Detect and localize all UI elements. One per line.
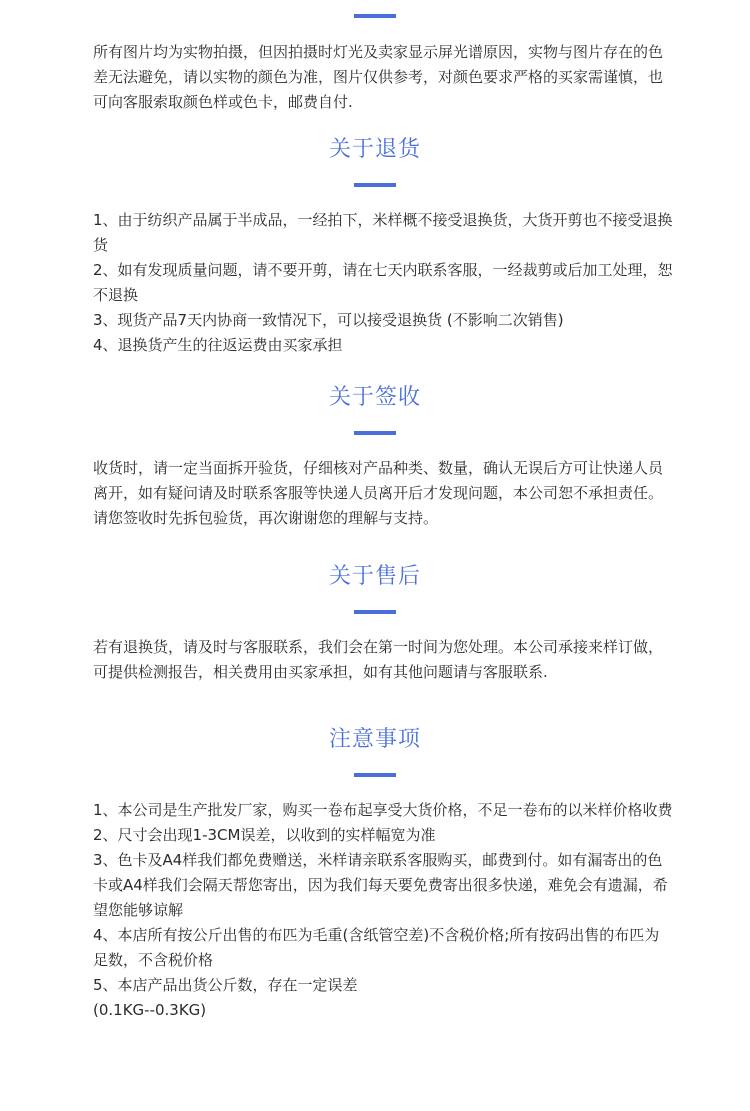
returns-list: 1、由于纺织产品属于半成品，一经拍下，米样概不接受退换货，大货开剪也不接受退换货… [93,208,673,358]
list-item: 4、本店所有按公斤出售的布匹为毛重(含纸管空差)不含税价格;所有按码出售的布匹为… [93,923,673,973]
intro-paragraph: 所有图片均为实物拍摄，但因拍摄时灯光及卖家显示屏光谱原因，实物与图片存在的色差无… [93,40,673,115]
list-item: 4、退换货产生的往返运费由买家承担 [93,333,673,358]
receipt-text: 收货时，请一定当面拆开验货，仔细核对产品种类、数量，确认无误后方可让快递人员离开… [93,456,673,531]
after-sales-text: 若有退换货，请及时与客服联系，我们会在第一时间为您处理。本公司承接来样订做，可提… [93,635,673,685]
list-item: 2、尺寸会出现1-3CM误差，以收到的实样幅宽为准 [93,823,673,848]
divider-bar-after-sales [354,610,396,614]
divider-bar-returns [354,183,396,187]
divider-bar-notes [354,773,396,777]
list-item: 3、现货产品7天内协商一致情况下，可以接受退换货 (不影响二次销售) [93,308,673,333]
after-sales-paragraph: 若有退换货，请及时与客服联系，我们会在第一时间为您处理。本公司承接来样订做，可提… [93,635,673,685]
section-title-after-sales: 关于售后 [0,563,750,591]
list-item: 1、由于纺织产品属于半成品，一经拍下，米样概不接受退换货，大货开剪也不接受退换货 [93,208,673,258]
list-item: 5、本店产品出货公斤数，存在一定误差 [93,973,673,998]
list-item: 1、本公司是生产批发厂家，购买一卷布起享受大货价格，不足一卷布的以米样价格收费 [93,798,673,823]
receipt-paragraph: 收货时，请一定当面拆开验货，仔细核对产品种类、数量，确认无误后方可让快递人员离开… [93,456,673,531]
list-item: 3、色卡及A4样我们都免费赠送，米样请亲联系客服购买，邮费到付。如有漏寄出的色卡… [93,848,673,923]
section-title-receipt: 关于签收 [0,384,750,412]
section-title-notes: 注意事项 [0,726,750,754]
divider-bar-top [354,14,396,18]
list-item: (0.1KG--0.3KG) [93,998,673,1023]
section-title-returns: 关于退货 [0,136,750,164]
divider-bar-receipt [354,431,396,435]
list-item: 2、如有发现质量问题，请不要开剪，请在七天内联系客服，一经裁剪或后加工处理，恕不… [93,258,673,308]
intro-text: 所有图片均为实物拍摄，但因拍摄时灯光及卖家显示屏光谱原因，实物与图片存在的色差无… [93,40,673,115]
notes-list: 1、本公司是生产批发厂家，购买一卷布起享受大货价格，不足一卷布的以米样价格收费 … [93,798,673,1023]
